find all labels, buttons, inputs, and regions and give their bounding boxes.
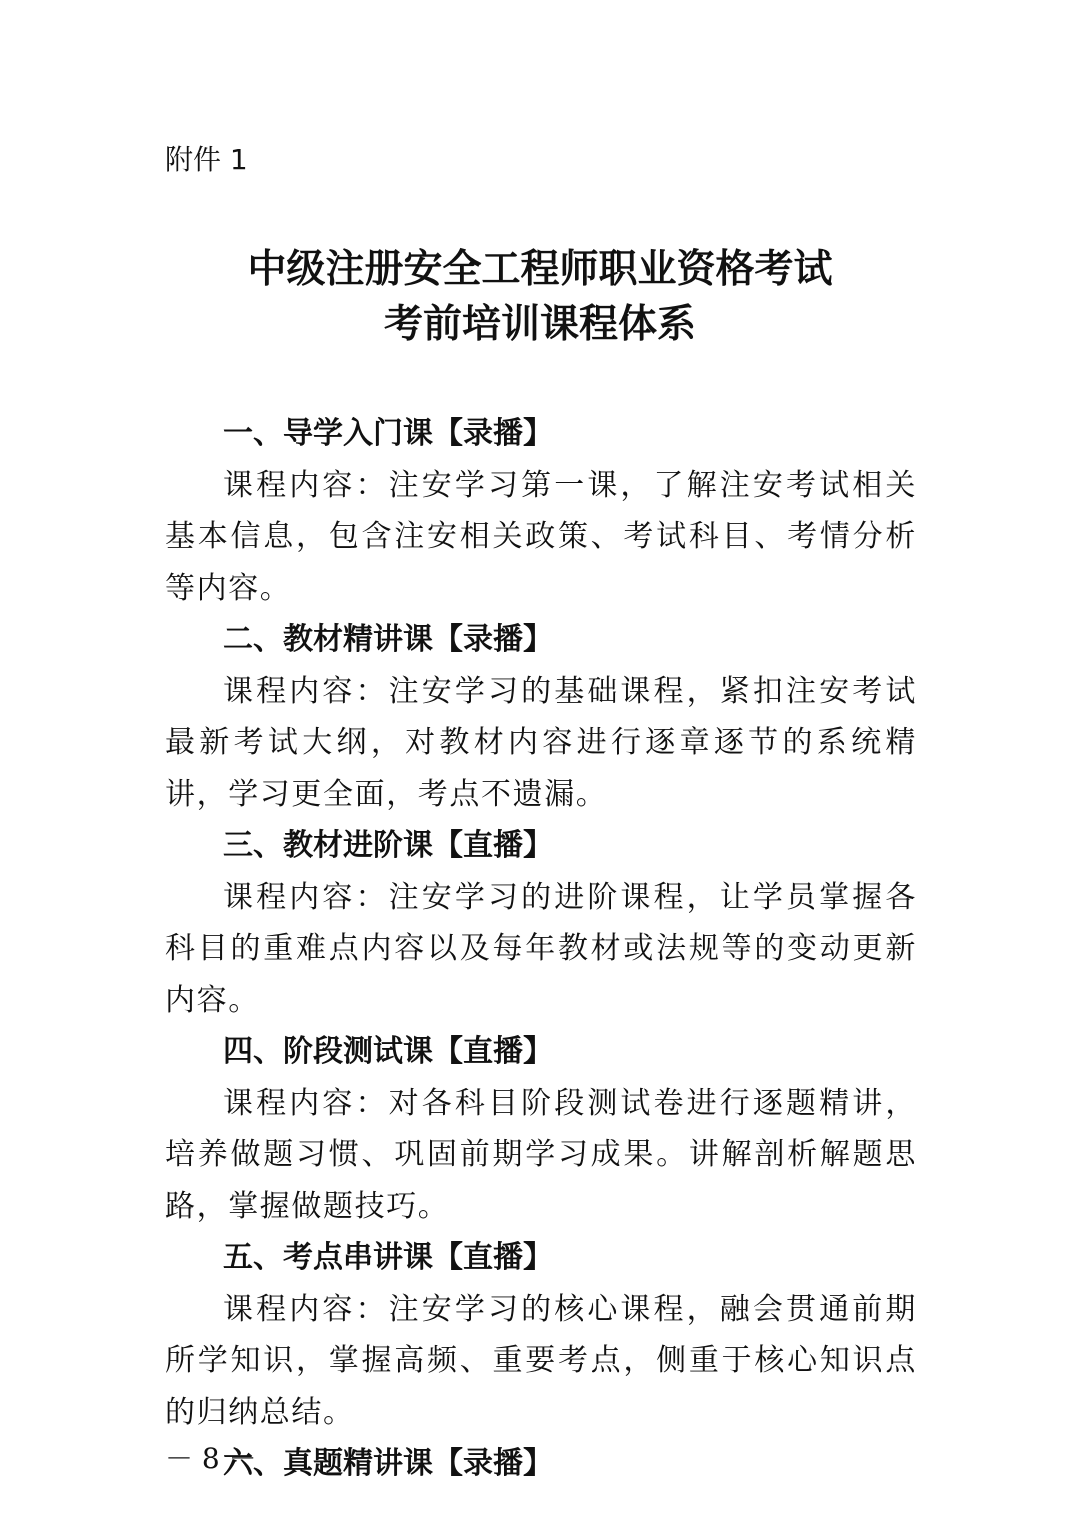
section-content: 课程内容：注安学习的基础课程，紧扣注安考试最新考试大纲，对教材内容进行逐章逐节的… — [165, 666, 917, 821]
section-content: 课程内容：对各科目阶段测试卷进行逐题精讲，培养做题习惯、巩固前期学习成果。讲解剖… — [165, 1078, 917, 1233]
section-heading: 六、真题精讲课【录播】 — [165, 1438, 917, 1490]
page-number: － 8 － — [165, 1437, 257, 1477]
section-heading: 三、教材进阶课【直播】 — [165, 820, 917, 872]
section-heading: 一、导学入门课【录播】 — [165, 408, 917, 460]
document-title-line1: 中级注册安全工程师职业资格考试 — [0, 238, 1080, 294]
section-heading: 四、阶段测试课【直播】 — [165, 1026, 917, 1078]
section-content: 课程内容：注安学习的进阶课程，让学员掌握各科目的重难点内容以及每年教材或法规等的… — [165, 872, 917, 1027]
attachment-label: 附件 1 — [165, 140, 248, 180]
document-body: 一、导学入门课【录播】 课程内容：注安学习第一课，了解注安考试相关基本信息，包含… — [165, 408, 917, 1490]
document-title-line2: 考前培训课程体系 — [0, 293, 1080, 349]
section-content: 课程内容：注安学习的核心课程，融会贯通前期所学知识，掌握高频、重要考点，侧重于核… — [165, 1284, 917, 1439]
section-heading: 五、考点串讲课【直播】 — [165, 1232, 917, 1284]
section-heading: 二、教材精讲课【录播】 — [165, 614, 917, 666]
section-content: 课程内容：注安学习第一课，了解注安考试相关基本信息，包含注安相关政策、考试科目、… — [165, 460, 917, 615]
